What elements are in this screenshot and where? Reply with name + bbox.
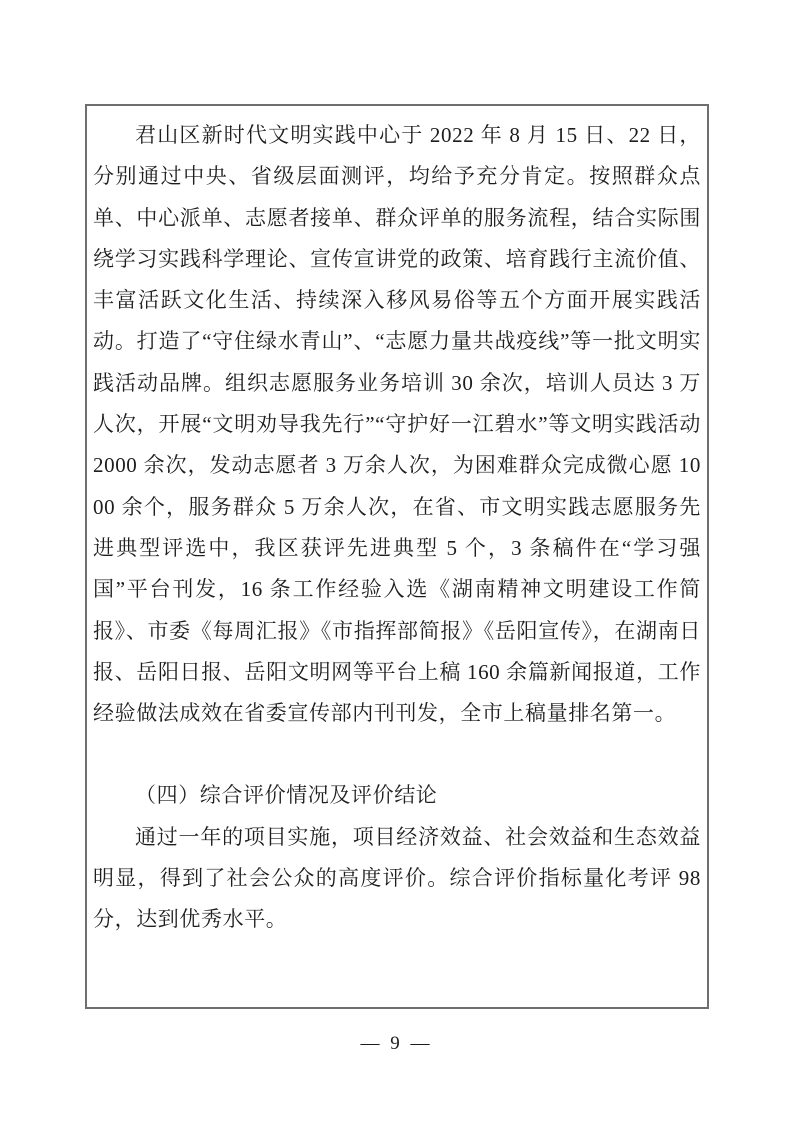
page-number: — 9 —	[0, 1033, 793, 1055]
text-border-box: 君山区新时代文明实践中心于 2022 年 8 月 15 日、22 日，分别通过中…	[85, 104, 709, 1009]
section-heading-comprehensive-evaluation: （四）综合评价情况及评价结论	[93, 775, 701, 816]
paragraph-civilization-practice-summary: 君山区新时代文明实践中心于 2022 年 8 月 15 日、22 日，分别通过中…	[93, 115, 701, 734]
document-page: 君山区新时代文明实践中心于 2022 年 8 月 15 日、22 日，分别通过中…	[0, 0, 793, 1122]
paragraph-evaluation-conclusion: 通过一年的项目实施，项目经济效益、社会效益和生态效益明显，得到了社会公众的高度评…	[93, 817, 701, 941]
